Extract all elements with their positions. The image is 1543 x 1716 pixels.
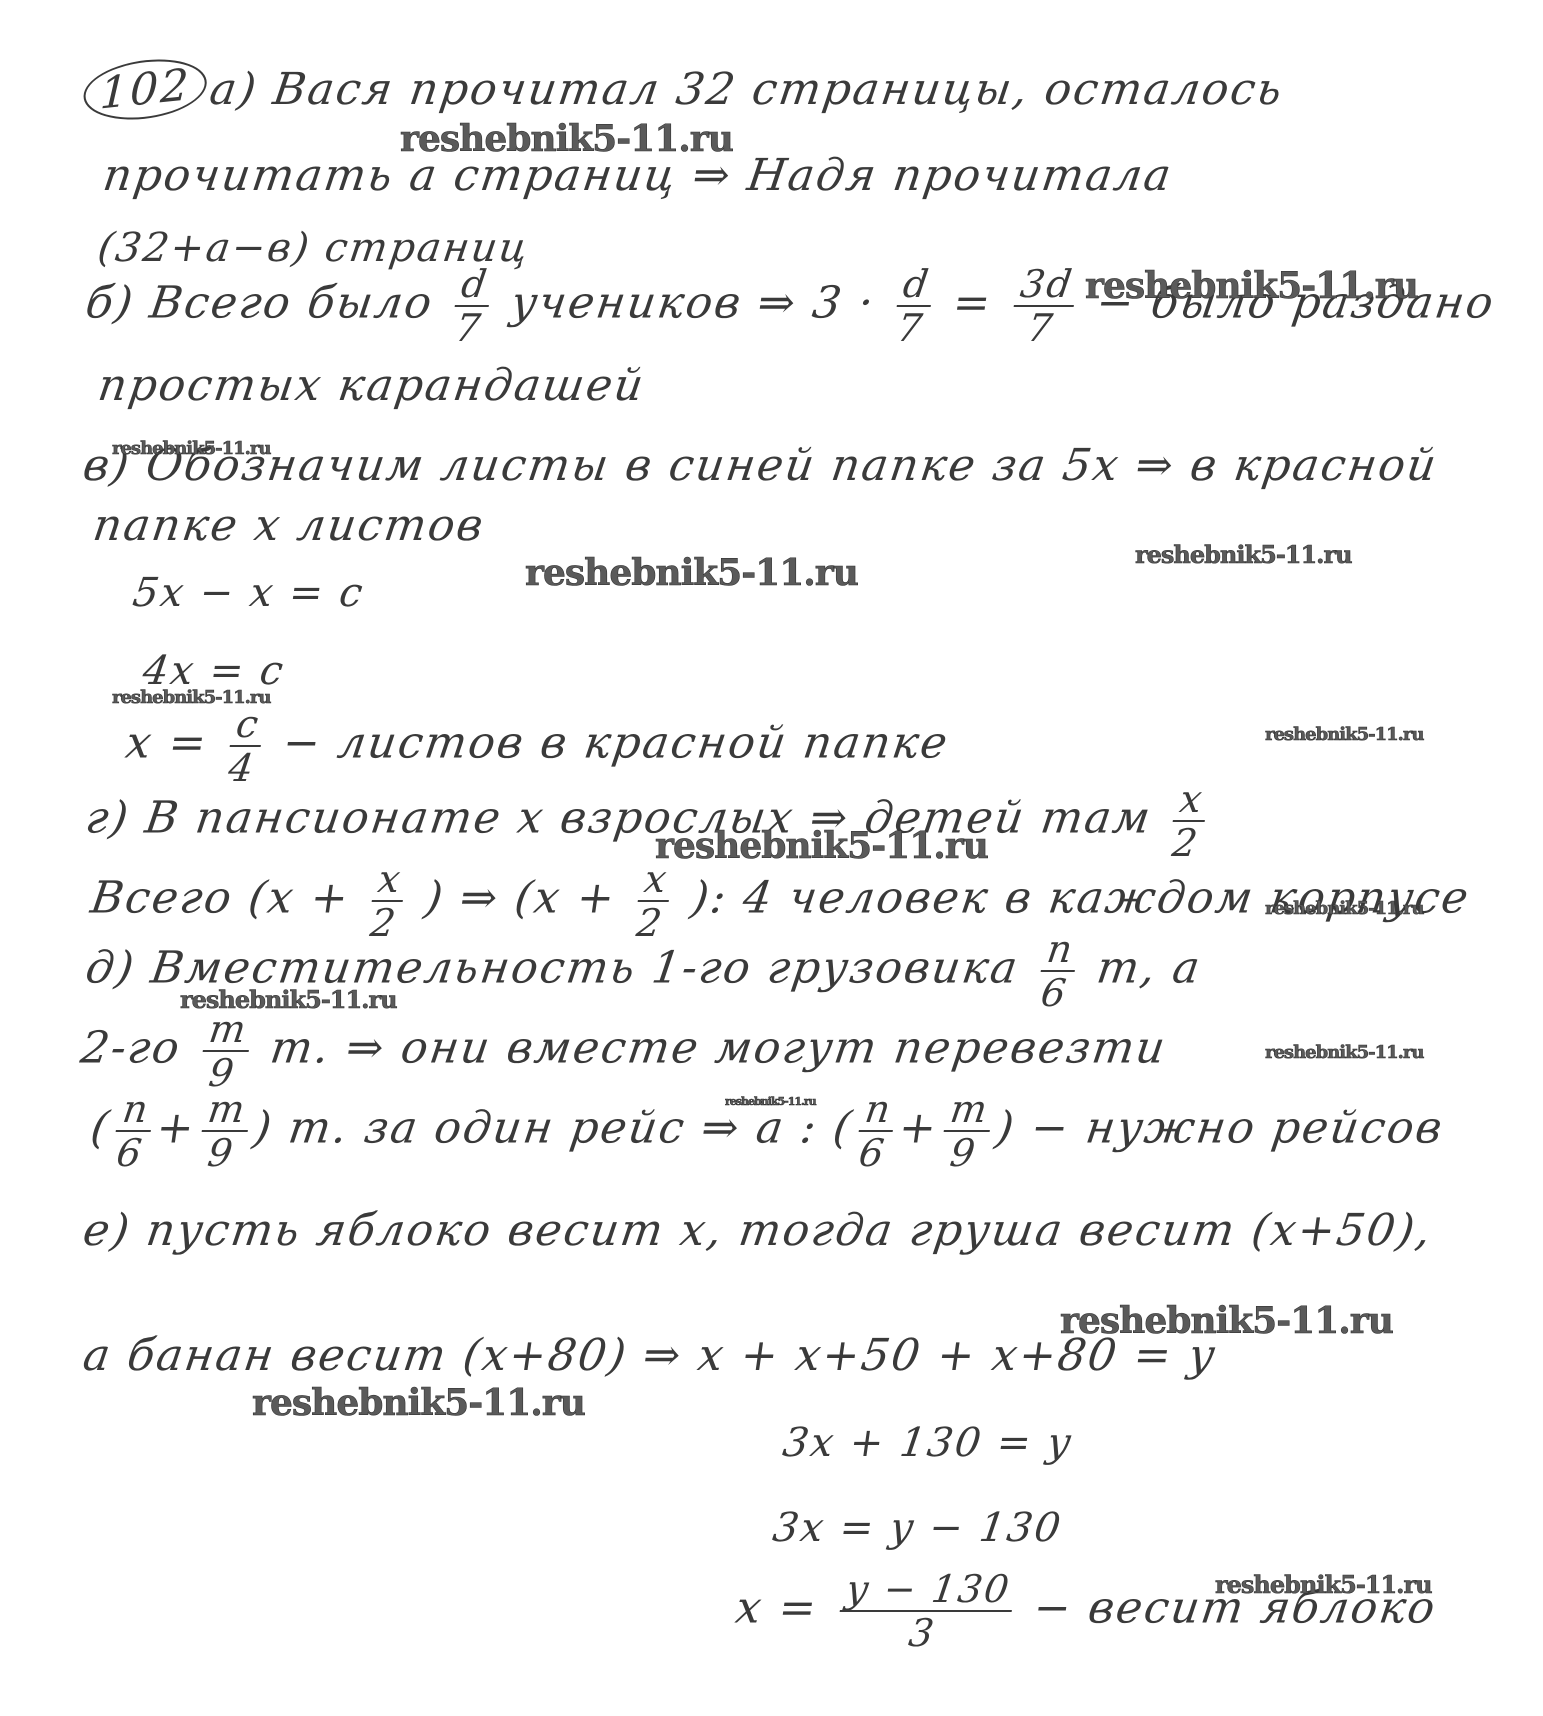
fraction: c4	[224, 705, 267, 787]
watermark: reshebnik5-11.ru	[1135, 540, 1352, 569]
watermark: reshebnik5-11.ru	[1085, 265, 1418, 307]
fraction: d7	[891, 265, 937, 347]
fraction: m9	[197, 1010, 255, 1092]
watermark: reshebnik5-11.ru	[655, 825, 988, 867]
fraction: m9	[196, 1090, 254, 1172]
part-b-line-2: простых карандашей	[95, 360, 648, 411]
fraction: n6	[110, 1090, 156, 1172]
part-a-line-1: 102а) Вася прочитал 32 страницы, осталос…	[80, 60, 1287, 119]
watermark: reshebnik5-11.ru	[1265, 898, 1423, 919]
part-e-eq-2: 3x = y − 130	[770, 1505, 1065, 1551]
part-g-line-1: г) В пансионате x взрослых ⇒ детей там x…	[80, 780, 1216, 862]
watermark: reshebnik5-11.ru	[400, 118, 733, 160]
handwritten-solution-page: 102а) Вася прочитал 32 страницы, осталос…	[0, 0, 1543, 1716]
watermark: reshebnik5-11.ru	[252, 1382, 585, 1424]
watermark: reshebnik5-11.ru	[112, 438, 270, 459]
fraction: n6	[1035, 930, 1081, 1012]
fraction: 3d7	[1008, 265, 1080, 347]
fraction: y − 1303	[834, 1570, 1018, 1652]
part-v-line-1: в) Обозначим листы в синей папке за 5x ⇒…	[80, 440, 1441, 491]
part-v-eq-1: 5x − x = c	[130, 570, 367, 616]
part-e-eq-1: 3x + 130 = y	[780, 1420, 1075, 1466]
watermark: reshebnik5-11.ru	[725, 1095, 816, 1108]
watermark: reshebnik5-11.ru	[112, 687, 270, 708]
fraction: d7	[449, 265, 495, 347]
part-e-line-1: е) пусть яблоко весит x, тогда груша вес…	[80, 1205, 1436, 1256]
watermark: reshebnik5-11.ru	[1215, 1570, 1432, 1599]
part-v-eq-3: x = c4 − листов в красной папке	[120, 705, 954, 787]
fraction: n6	[853, 1090, 899, 1172]
part-v-line-2: папке x листов	[90, 500, 488, 551]
part-e-line-2: а банан весит (x+80) ⇒ x + x+50 + x+80 =…	[80, 1330, 1219, 1381]
fraction: m9	[938, 1090, 996, 1172]
part-d-line-2: 2-го m9 т. ⇒ они вместе могут перевезти	[75, 1010, 1172, 1092]
watermark: reshebnik5-11.ru	[1060, 1300, 1393, 1342]
watermark: reshebnik5-11.ru	[180, 985, 397, 1014]
problem-number-badge: 102	[83, 54, 208, 125]
watermark: reshebnik5-11.ru	[525, 552, 858, 594]
watermark: reshebnik5-11.ru	[1265, 1042, 1423, 1063]
fraction: x2	[1167, 780, 1210, 862]
watermark: reshebnik5-11.ru	[1265, 724, 1423, 745]
